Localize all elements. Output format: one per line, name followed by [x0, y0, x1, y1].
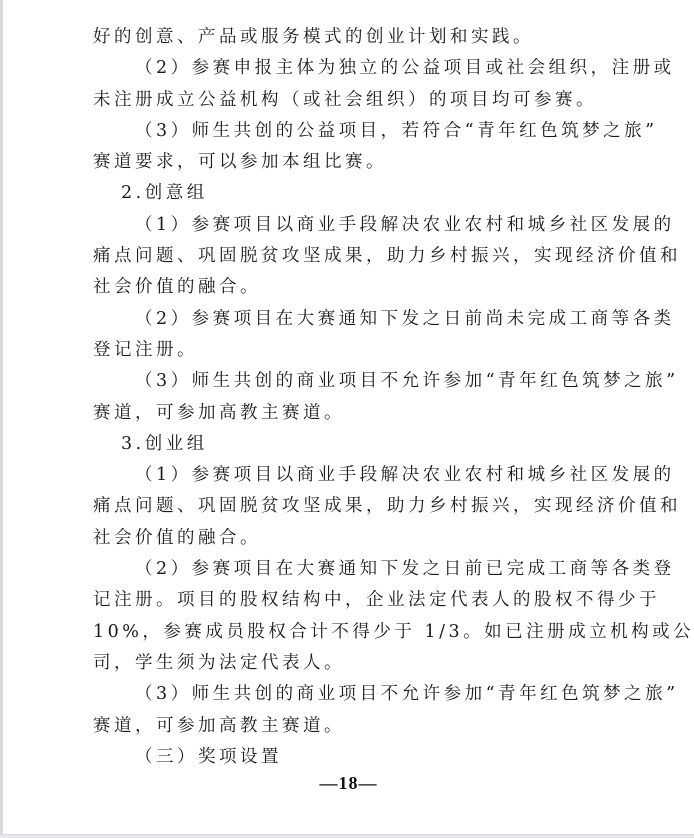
text-line: （2）参赛项目在大赛通知下发之日前已完成工商等各类登	[93, 554, 613, 585]
text-line: 记注册。项目的股权结构中，企业法定代表人的股权不得少于	[93, 585, 613, 616]
text-line: 司，学生须为法定代表人。	[93, 648, 613, 679]
text-line: （3）师生共创的公益项目，若符合“青年红色筑梦之旅”	[93, 116, 613, 147]
text-line: （2）参赛申报主体为独立的公益项目或社会组织，注册或	[93, 53, 613, 84]
text-line: 赛道，可参加高教主赛道。	[93, 398, 613, 429]
text-line: 10%，参赛成员股权合计不得少于 1/3。如已注册成立机构或公	[93, 617, 613, 648]
section-heading-creative-group: 2.创意组	[93, 178, 613, 209]
text-line: （3）师生共创的商业项目不允许参加“青年红色筑梦之旅”	[93, 366, 613, 397]
text-line: 登记注册。	[93, 335, 613, 366]
text-line: （2）参赛项目在大赛通知下发之日前尚未完成工商等各类	[93, 304, 613, 335]
text-line: 未注册成立公益机构（或社会组织）的项目均可参赛。	[93, 85, 613, 116]
text-line: 好的创意、产品或服务模式的创业计划和实践。	[93, 22, 613, 53]
text-line: 痛点问题、巩固脱贫攻坚成果，助力乡村振兴，实现经济价值和	[93, 241, 613, 272]
text-line: 社会价值的融合。	[93, 523, 613, 554]
section-heading-awards: （三）奖项设置	[93, 742, 613, 773]
text-line: （1）参赛项目以商业手段解决农业农村和城乡社区发展的	[93, 460, 613, 491]
page-body: 好的创意、产品或服务模式的创业计划和实践。 （2）参赛申报主体为独立的公益项目或…	[93, 22, 613, 773]
section-heading-startup-group: 3.创业组	[93, 429, 613, 460]
text-line: 痛点问题、巩固脱贫攻坚成果，助力乡村振兴，实现经济价值和	[93, 491, 613, 522]
text-line: 赛道，可参加高教主赛道。	[93, 711, 613, 742]
viewer-bottom-edge	[0, 834, 694, 838]
page-number: —18—	[3, 773, 694, 794]
document-page: 好的创意、产品或服务模式的创业计划和实践。 （2）参赛申报主体为独立的公益项目或…	[3, 0, 694, 834]
document-viewer: 好的创意、产品或服务模式的创业计划和实践。 （2）参赛申报主体为独立的公益项目或…	[0, 0, 694, 838]
text-line: 赛道要求，可以参加本组比赛。	[93, 147, 613, 178]
text-line: （3）师生共创的商业项目不允许参加“青年红色筑梦之旅”	[93, 679, 613, 710]
text-line: （1）参赛项目以商业手段解决农业农村和城乡社区发展的	[93, 210, 613, 241]
text-line: 社会价值的融合。	[93, 272, 613, 303]
